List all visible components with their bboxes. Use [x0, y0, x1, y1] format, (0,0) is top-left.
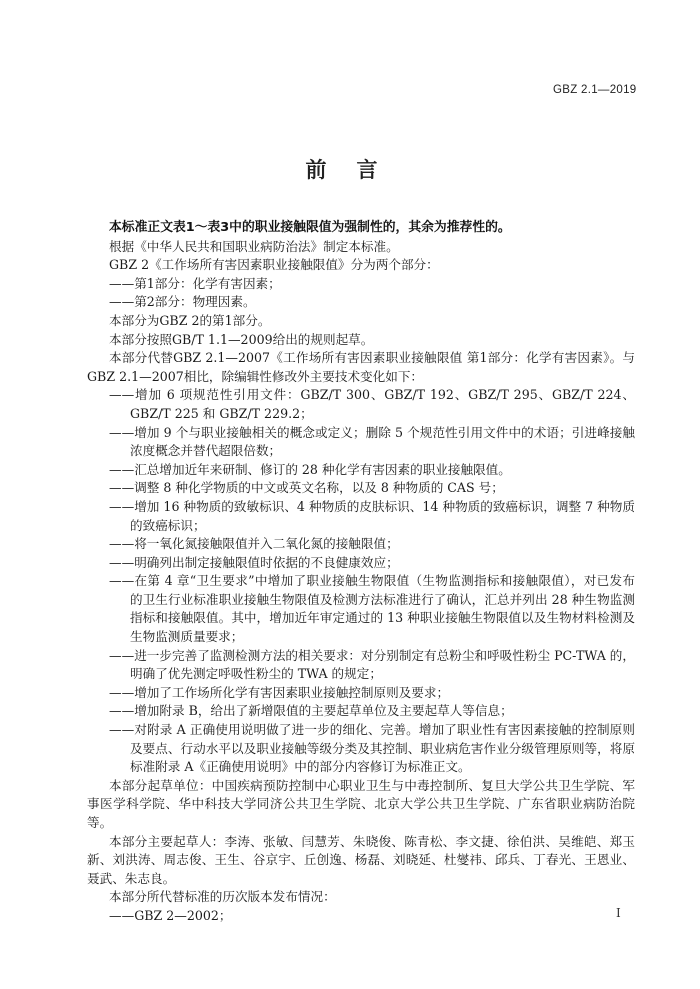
change-item: ——增加 6 项规范性引用文件：GBZ/T 300、GBZ/T 192、GBZ/… — [109, 386, 635, 423]
change-item: ——明确列出制定接触限值时依据的不良健康效应； — [109, 554, 635, 573]
page-number: I — [616, 906, 621, 920]
drafters-paragraph: 本部分主要起草人：李涛、张敏、闫慧芳、朱晓俊、陈青松、李文捷、徐伯洪、吴维皑、郑… — [87, 833, 635, 889]
change-item: ——调整 8 种化学物质的中文或英文名称，以及 8 种物质的 CAS 号； — [109, 479, 635, 498]
change-item: ——进一步完善了监测检测方法的相关要求：对分别制定有总粉尘和呼吸性粉尘 PC-T… — [109, 647, 635, 684]
change-item: ——增加 9 个与职业接触相关的概念或定义；删除 5 个规范性引用文件中的术语；… — [109, 424, 635, 461]
change-item: ——汇总增加近年来研制、修订的 28 种化学有害因素的职业接触限值。 — [109, 461, 635, 480]
change-item: ——增加了工作场所化学有害因素职业接触控制原则及要求； — [109, 684, 635, 703]
history-item: ——GBZ 2—2002； — [109, 907, 635, 926]
change-item: ——在第 4 章“卫生要求”中增加了职业接触生物限值（生物监测指标和接触限值），… — [109, 572, 635, 646]
history-intro-paragraph: 本部分所代替标准的历次版本发布情况： — [87, 888, 635, 907]
part-statement-paragraph: 本部分为GBZ 2的第1部分。 — [87, 312, 635, 331]
standard-code-header: GBZ 2.1—2019 — [553, 84, 637, 96]
change-item: ——增加附录 B，给出了新增限值的主要起草单位及主要起草人等信息； — [109, 702, 635, 721]
page-title: 前言 — [0, 154, 700, 184]
drafting-rules-paragraph: 本部分按照GB/T 1.1—2009给出的规则起草。 — [87, 331, 635, 350]
list-item-part2: ——第2部分：物理因素。 — [109, 293, 635, 312]
replacement-paragraph: 本部分代替GBZ 2.1—2007《工作场所有害因素职业接触限值 第1部分：化学… — [87, 349, 635, 386]
legal-basis-paragraph: 根据《中华人民共和国职业病防治法》制定本标准。 — [87, 238, 635, 257]
list-item-part1: ——第1部分：化学有害因素； — [109, 275, 635, 294]
mandatory-statement: 本标准正文表1～表3中的职业接触限值为强制性的，其余为推荐性的。 — [87, 219, 635, 238]
change-item: ——对附录 A 正确使用说明做了进一步的细化、完善。增加了职业性有害因素接触的控… — [109, 721, 635, 777]
parts-intro-paragraph: GBZ 2《工作场所有害因素职业接触限值》分为两个部分： — [87, 256, 635, 275]
drafting-units-paragraph: 本部分起草单位：中国疾病预防控制中心职业卫生与中毒控制所、复旦大学公共卫生学院、… — [87, 777, 635, 833]
change-item: ——将一氧化氮接触限值并入二氧化氮的接触限值； — [109, 535, 635, 554]
change-item: ——增加 16 种物质的致敏标识、4 种物质的皮肤标识、14 种物质的致癌标识，… — [109, 498, 635, 535]
foreword-body: 本标准正文表1～表3中的职业接触限值为强制性的，其余为推荐性的。 根据《中华人民… — [87, 219, 635, 926]
